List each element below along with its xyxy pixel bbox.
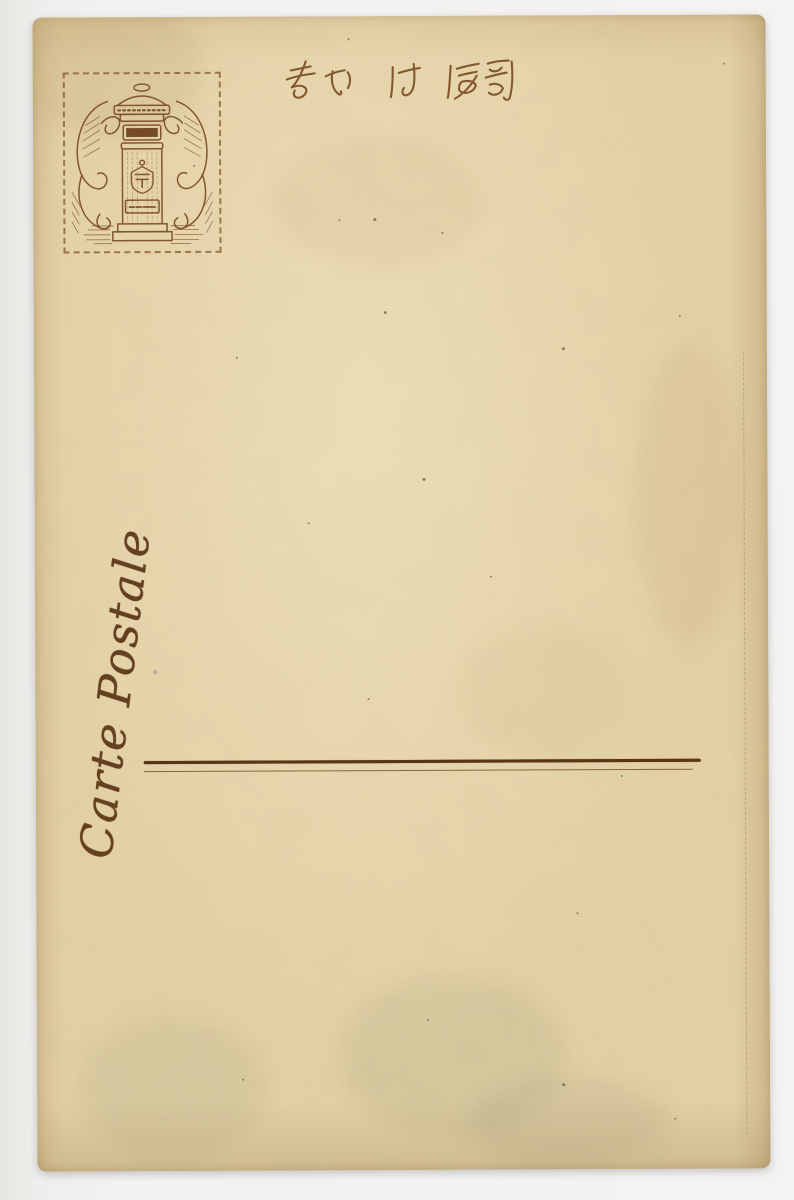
- address-divider-line-thin: [144, 769, 693, 773]
- foxing-speck: [674, 1118, 676, 1120]
- age-stain: [467, 1075, 667, 1166]
- vertical-crease-mark: [743, 353, 747, 1135]
- foxing-speck: [338, 219, 340, 221]
- japanese-calligraphy-icon: [281, 53, 525, 112]
- scanned-postcard-page: { "scan": { "background_color": "#f1f0ed…: [0, 0, 794, 1200]
- foxing-speck: [562, 347, 565, 350]
- age-stain: [77, 1017, 268, 1158]
- stamp-box: [63, 72, 222, 254]
- postbox-illustration-icon: [66, 75, 219, 251]
- foxing-speck: [679, 315, 681, 317]
- foxing-specks: [32, 14, 765, 17]
- foxing-speck: [348, 38, 350, 40]
- age-stain: [273, 136, 484, 267]
- foxing-speck: [441, 232, 443, 234]
- foxing-speck: [373, 218, 376, 221]
- foxing-speck: [242, 1079, 244, 1081]
- postcard: Carte Postale: [32, 14, 770, 1171]
- foxing-speck: [621, 775, 623, 777]
- foxing-speck: [367, 698, 369, 700]
- foxing-speck: [562, 1083, 565, 1086]
- foxing-speck: [576, 912, 578, 914]
- japanese-header-text: [281, 53, 525, 112]
- foxing-speck: [384, 311, 387, 314]
- foxing-speck: [153, 670, 157, 674]
- foxing-speck: [308, 522, 310, 524]
- address-divider-line: [144, 759, 701, 764]
- carte-postale-label: Carte Postale: [64, 510, 166, 877]
- foxing-speck: [427, 1019, 429, 1021]
- foxing-speck: [422, 478, 425, 481]
- age-stain: [337, 975, 568, 1136]
- foxing-speck: [723, 63, 725, 65]
- age-stain: [634, 345, 745, 645]
- foxing-speck: [236, 357, 238, 359]
- age-stain: [455, 625, 626, 756]
- foxing-speck: [490, 576, 492, 578]
